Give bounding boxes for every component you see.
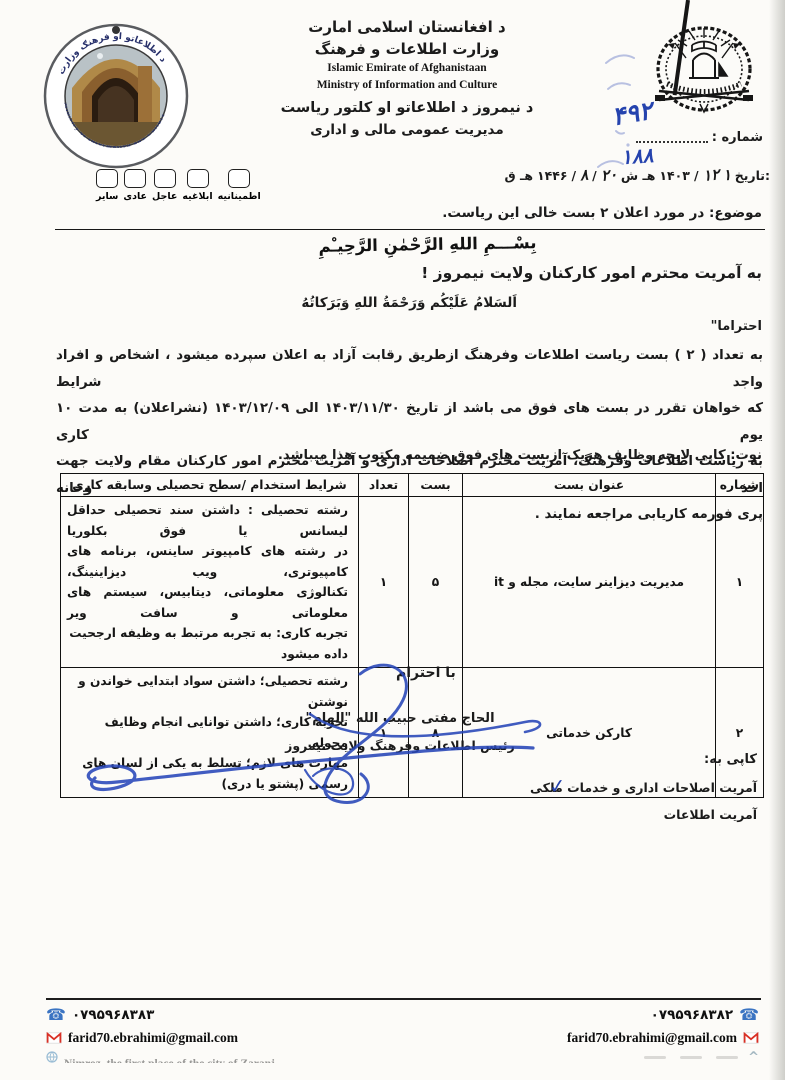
address-row: Nimroz, the first place of the city of Z… bbox=[46, 1049, 289, 1065]
blue-checkmark: ✓ bbox=[548, 773, 567, 799]
note-line: نوت: کاپی لایحه وظایف هریک ازبست های فوق… bbox=[278, 448, 762, 463]
date-month-solar-hand: ۱۲ bbox=[702, 165, 720, 185]
letterhead-line-ministry-en: Ministry of Information and Culture bbox=[262, 77, 552, 94]
col-number: شماره bbox=[716, 474, 764, 497]
date-line: تاریخ: ۱ ۱۲ / ۱۴۰۳ هـ ش ۲۰ / ۸ / ۱۴۴۶ هـ… bbox=[470, 166, 770, 184]
letterhead-line-directorate: د نیمروز د اطلاعاتو او کلتور ریاست bbox=[262, 97, 552, 120]
date-era-lunar: هـ ق bbox=[505, 168, 533, 183]
date-month-lunar-hand: ۸ bbox=[579, 166, 589, 185]
cell-requirements: رشته تحصیلی؛ داشتن سواد ابتدایی خواندن و… bbox=[61, 668, 359, 798]
checkbox-box[interactable] bbox=[154, 169, 176, 188]
requirement-line: تجربه کاری: به تجربه مرتبط به وظیفه ارجح… bbox=[67, 623, 348, 664]
col-count: تعداد bbox=[359, 474, 409, 497]
date-label: تاریخ: bbox=[735, 168, 770, 183]
email-row: farid70.ebrahimi@gmail.com bbox=[567, 1026, 759, 1049]
checkbox-label: اطمینانیه bbox=[218, 191, 261, 202]
checkbox-box[interactable] bbox=[187, 169, 209, 188]
checkbox-box[interactable] bbox=[96, 169, 118, 188]
phone-row: ۰۷۹۵۹۶۸۳۸۲ ☎ bbox=[567, 1003, 759, 1026]
date-year-solar: ۱۴۰۳ bbox=[659, 168, 690, 183]
letterhead-line-ministry: وزارت اطلاعات و فرهنگ bbox=[262, 38, 552, 60]
cell-count: ۱ bbox=[359, 497, 409, 668]
checkbox-ajel: عاجل bbox=[152, 169, 177, 202]
bismillah-calligraphy: بِسْـــمِ اللهِ الرَّحْمٰنِ الرَّحِيـْمِ bbox=[305, 233, 550, 256]
checkbox-label: عادی bbox=[123, 191, 147, 202]
date-era-solar: هـ ش bbox=[621, 168, 656, 183]
body-line: که خواهان تقرر در بست های فوق می باشد از… bbox=[56, 396, 763, 449]
col-requirements: شرایط استخدام /سطح تحصیلی وسابقه کاری bbox=[61, 474, 359, 497]
requirement-line: رشته تحصیلی؛ داشتن سواد ابتدایی خواندن و… bbox=[67, 671, 348, 712]
col-bast: بست bbox=[409, 474, 463, 497]
globe-icon bbox=[46, 1051, 58, 1063]
faded-text-mark bbox=[644, 1056, 666, 1059]
number-line: شماره : bbox=[615, 130, 763, 145]
telephone-icon: ☎ bbox=[739, 1007, 759, 1023]
body-line: به تعداد ( ۲ ) بست ریاست اطلاعات وفرهنگ … bbox=[56, 343, 763, 396]
footer-left: ☎ ۰۷۹۵۹۶۸۳۸۳ farid70.ebrahimi@gmail.com … bbox=[46, 1003, 289, 1065]
requirement-line: رشته تحصیلی : داشتن سند تحصیلی حداقل لیس… bbox=[67, 500, 348, 541]
email-address[interactable]: farid70.ebrahimi@gmail.com bbox=[567, 1030, 737, 1046]
number-label: شماره : bbox=[712, 130, 763, 145]
date-sep1: / bbox=[694, 168, 699, 183]
telephone-icon: ☎ bbox=[46, 1007, 66, 1023]
letterhead-line-emirate-en: Islamic Emirate of Afghanistaan bbox=[262, 60, 552, 77]
faded-text-mark bbox=[716, 1056, 738, 1059]
closing-salutation: با احترام bbox=[396, 665, 456, 681]
cell-count: ۱ bbox=[359, 668, 409, 798]
cell-title: مدیریت دیزاینر سایت، مجله و it bbox=[463, 497, 716, 668]
signer-name: الحاج مفتی حبیب الله "الهام" bbox=[295, 711, 505, 726]
cell-number: ۱ bbox=[716, 497, 764, 668]
requirement-line: در رشته های کامپیوتر ساینس، برنامه های ک… bbox=[67, 541, 348, 582]
footer-right: ۰۷۹۵۹۶۸۳۸۲ ☎ farid70.ebrahimi@gmail.com … bbox=[567, 1003, 759, 1065]
date-sep3: / bbox=[572, 168, 577, 183]
footer-divider bbox=[46, 998, 761, 1000]
copy-to-label: کاپی به: bbox=[517, 752, 757, 767]
col-title: عنوان بست bbox=[463, 474, 716, 497]
gmail-icon bbox=[46, 1032, 62, 1044]
date-sep2: / bbox=[592, 168, 597, 183]
email-row: farid70.ebrahimi@gmail.com bbox=[46, 1026, 289, 1049]
letterhead-line-emirate: د افغانستان اسلامی امارت bbox=[262, 16, 552, 38]
date-day-lunar-hand: ۲۰ bbox=[600, 165, 618, 185]
email-address[interactable]: farid70.ebrahimi@gmail.com bbox=[68, 1030, 238, 1046]
addressee-line: به آمریت محترم امور کارکنان ولایت نیمروز… bbox=[421, 264, 762, 282]
signer-role: رئیس اطلاعات وفرهنگ ولایت نیمروز bbox=[285, 738, 515, 753]
checkbox-etminania: اطمینانیه bbox=[218, 169, 261, 202]
cell-bast: ۵ bbox=[409, 497, 463, 668]
ministry-seal: د اطلاعاتو او فرهنګ وزارت Ministry of In… bbox=[42, 22, 190, 170]
letterhead: د افغانستان اسلامی امارت وزارت اطلاعات و… bbox=[262, 16, 552, 141]
cell-bast: ۸ bbox=[409, 668, 463, 798]
respect-line: احتراما" bbox=[711, 319, 762, 334]
subject-line: موضوع: در مورد اعلان ۲ بست خالی این ریاس… bbox=[442, 205, 762, 221]
checkbox-adi: عادی bbox=[123, 169, 147, 202]
scanned-letter-page: د اطلاعاتو او فرهنګ وزارت Ministry of In… bbox=[0, 0, 785, 1080]
letterhead-line-admin: مدیریت عمومی مالی و اداری bbox=[262, 120, 552, 141]
table-header-row: شماره عنوان بست بست تعداد شرایط استخدام … bbox=[61, 474, 764, 497]
checkbox-box[interactable] bbox=[228, 169, 250, 188]
classification-checkboxes: اطمینانیه ابلاغیه عاجل عادی سایر bbox=[96, 169, 261, 202]
cell-requirements: رشته تحصیلی : داشتن سند تحصیلی حداقل لیس… bbox=[61, 497, 359, 668]
address-fragment: Nimroz, the first place of the city of Z… bbox=[64, 1058, 289, 1063]
checkbox-label: سایر bbox=[96, 191, 118, 202]
phone-number: ۰۷۹۵۹۶۸۳۸۳ bbox=[72, 1007, 154, 1023]
caret-icon: ^ bbox=[748, 1050, 759, 1065]
date-day-solar-hand: ۱ bbox=[722, 166, 732, 185]
header-divider bbox=[55, 229, 765, 230]
scan-edge-shadow bbox=[769, 0, 785, 1080]
phone-number: ۰۷۹۵۹۶۸۳۸۲ bbox=[651, 1007, 733, 1023]
checkbox-label: عاجل bbox=[152, 191, 177, 202]
requirement-line: تکنالوژی معلوماتی، دیتابیس، سیستم های مع… bbox=[67, 582, 348, 623]
checkbox-label: ابلاغیه bbox=[182, 191, 212, 202]
phone-row: ☎ ۰۷۹۵۹۶۸۳۸۳ bbox=[46, 1003, 289, 1026]
faded-row: ^ bbox=[567, 1049, 759, 1065]
requirement-line: مهارت های لازم؛ تسلط به یکی از لسان های … bbox=[67, 753, 348, 794]
copy-to-item: آمریت اطلاعات bbox=[517, 801, 757, 828]
gmail-icon bbox=[743, 1032, 759, 1044]
table-row: ۱ مدیریت دیزاینر سایت، مجله و it ۵ ۱ رشت… bbox=[61, 497, 764, 668]
number-dotted-line bbox=[636, 130, 708, 143]
checkbox-sayer: سایر bbox=[96, 169, 118, 202]
faded-text-mark bbox=[680, 1056, 702, 1059]
checkbox-eblaghia: ابلاغیه bbox=[182, 169, 212, 202]
salam-line: اَلسَلامُ عَلَيْكُم وَرَحْمَةُ اللهِ وَب… bbox=[301, 295, 517, 311]
date-year-lunar: ۱۴۴۶ bbox=[537, 168, 568, 183]
checkbox-box[interactable] bbox=[124, 169, 146, 188]
